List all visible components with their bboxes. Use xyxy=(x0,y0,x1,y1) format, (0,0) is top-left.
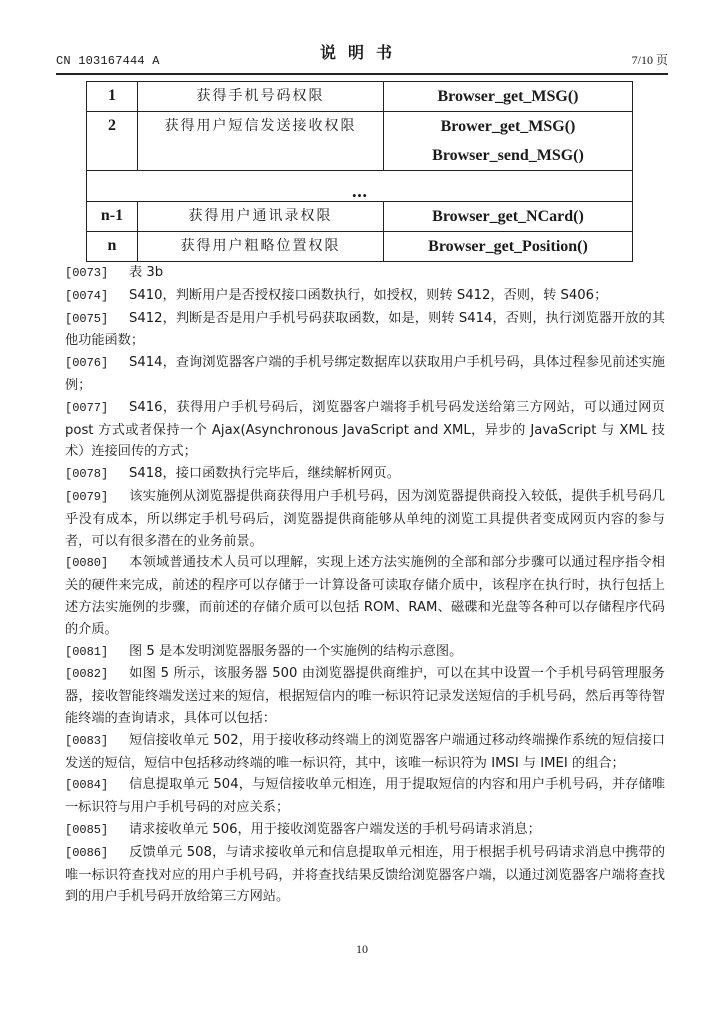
row-number: 2 xyxy=(87,112,138,171)
permission-table: 1 获得手机号码权限 Browser_get_MSG() 2 获得用户短信发送接… xyxy=(86,81,633,262)
table-row: 2 获得用户短信发送接收权限 Brower_get_MSG() Browser_… xyxy=(87,112,633,171)
paragraph-text: 信息提取单元 504，与短信接收单元相连，用于提取短信的内容和用户手机号码，并存… xyxy=(65,777,665,815)
paragraph-number: [0074] xyxy=(65,286,129,308)
api-functions: Browser_get_NCard() xyxy=(384,202,633,232)
page-indicator: 7/10 页 xyxy=(632,51,668,68)
paragraph-text: S412，判断是否是用户手机号码获取函数，如是，则转 S414，否则，执行浏览器… xyxy=(65,311,665,349)
row-number: 1 xyxy=(87,82,138,112)
paragraph: [0077]S416，获得用户手机号码后，浏览器客户端将手机号码发送给第三方网站… xyxy=(65,397,665,463)
api-functions: Browser_get_MSG() xyxy=(384,82,633,112)
paragraph: [0076]S414，查询浏览器客户端的手机号绑定数据库以获取用户手机号码，具体… xyxy=(65,352,665,397)
document-title: 说明书 xyxy=(56,40,668,63)
paragraph-number: [0073] xyxy=(65,263,129,285)
api-function: Browser_send_MSG() xyxy=(384,141,632,170)
paragraph-text: 图 5 是本发明浏览器服务器的一个实施例的结构示意图。 xyxy=(129,644,462,659)
paragraph: [0086]反馈单元 508，与请求接收单元和信息提取单元相连，用于根据手机号码… xyxy=(65,842,665,908)
paragraph-number: [0084] xyxy=(65,775,129,797)
api-function: Brower_get_MSG() xyxy=(384,112,632,141)
paragraph-text: 短信接收单元 502，用于接收移动终端上的浏览器客户端通过移动终端操作系统的短信… xyxy=(65,733,665,771)
permission-description: 获得用户粗略位置权限 xyxy=(138,232,384,262)
paragraph-number: [0082] xyxy=(65,664,129,686)
paragraph: [0078]S418，接口函数执行完毕后，继续解析网页。 xyxy=(65,463,665,486)
paragraph-number: [0076] xyxy=(65,353,129,375)
paragraph-text: 请求接收单元 506，用于接收浏览器客户端发送的手机号码请求消息； xyxy=(129,822,541,837)
paragraph: [0075]S412，判断是否是用户手机号码获取函数，如是，则转 S414，否则… xyxy=(65,308,665,353)
page-header: CN 103167444 A 说明书 7/10 页 xyxy=(56,38,668,72)
table-row-ellipsis: … xyxy=(87,171,633,202)
api-function: Browser_get_MSG() xyxy=(384,82,632,111)
api-functions: Brower_get_MSG() Browser_send_MSG() xyxy=(384,112,633,171)
paragraph: [0082]如图 5 所示，该服务器 500 由浏览器提供商维护，可以在其中设置… xyxy=(65,663,665,729)
row-number: n-1 xyxy=(87,202,138,232)
paragraph-number: [0080] xyxy=(65,553,129,575)
row-number: n xyxy=(87,232,138,262)
permission-description: 获得用户通讯录权限 xyxy=(138,202,384,232)
paragraph-text: S418，接口函数执行完毕后，继续解析网页。 xyxy=(129,466,400,481)
paragraph-text: 该实施例从浏览器提供商获得用户手机号码，因为浏览器提供商投入较低，提供手机号码几… xyxy=(65,489,665,549)
permission-description: 获得用户短信发送接收权限 xyxy=(138,112,384,171)
api-function: Browser_get_NCard() xyxy=(384,202,632,231)
paragraph-number: [0077] xyxy=(65,398,129,420)
table-row: n 获得用户粗略位置权限 Browser_get_Position() xyxy=(87,232,633,262)
ellipsis: … xyxy=(87,171,633,202)
table-row: n-1 获得用户通讯录权限 Browser_get_NCard() xyxy=(87,202,633,232)
paragraph: [0084]信息提取单元 504，与短信接收单元相连，用于提取短信的内容和用户手… xyxy=(65,774,665,819)
page-number: 10 xyxy=(0,942,724,957)
header-divider xyxy=(56,73,668,75)
paragraph: [0081]图 5 是本发明浏览器服务器的一个实施例的结构示意图。 xyxy=(65,641,665,664)
permission-description: 获得手机号码权限 xyxy=(138,82,384,112)
api-functions: Browser_get_Position() xyxy=(384,232,633,262)
paragraph: [0074]S410，判断用户是否授权接口函数执行，如授权，则转 S412，否则… xyxy=(65,285,665,308)
paragraph-text: 反馈单元 508，与请求接收单元和信息提取单元相连，用于根据手机号码请求消息中携… xyxy=(65,845,665,905)
paragraph: [0085]请求接收单元 506，用于接收浏览器客户端发送的手机号码请求消息； xyxy=(65,819,665,842)
description-body: [0073]表 3b [0074]S410，判断用户是否授权接口函数执行，如授权… xyxy=(65,262,665,908)
paragraph-text: S416，获得用户手机号码后，浏览器客户端将手机号码发送给第三方网站，可以通过网… xyxy=(65,400,665,460)
paragraph: [0080]本领域普通技术人员可以理解，实现上述方法实施例的全部和部分步骤可以通… xyxy=(65,552,665,640)
paragraph-text: S410，判断用户是否授权接口函数执行，如授权，则转 S412，否则，转 S40… xyxy=(129,288,607,303)
paragraph-text: 本领域普通技术人员可以理解，实现上述方法实施例的全部和部分步骤可以通过程序指令相… xyxy=(65,555,665,636)
table-row: 1 获得手机号码权限 Browser_get_MSG() xyxy=(87,82,633,112)
paragraph: [0079]该实施例从浏览器提供商获得用户手机号码，因为浏览器提供商投入较低，提… xyxy=(65,486,665,552)
api-function: Browser_get_Position() xyxy=(384,232,632,261)
paragraph: [0083]短信接收单元 502，用于接收移动终端上的浏览器客户端通过移动终端操… xyxy=(65,730,665,775)
paragraph-number: [0078] xyxy=(65,464,129,486)
paragraph-number: [0085] xyxy=(65,820,129,842)
paragraph-text: S414，查询浏览器客户端的手机号绑定数据库以获取用户手机号码，具体过程参见前述… xyxy=(65,355,665,393)
paragraph-number: [0081] xyxy=(65,642,129,664)
paragraph-text: 表 3b xyxy=(129,265,163,280)
paragraph: [0073]表 3b xyxy=(65,262,665,285)
paragraph-text: 如图 5 所示，该服务器 500 由浏览器提供商维护，可以在其中设置一个手机号码… xyxy=(65,666,665,726)
paragraph-number: [0079] xyxy=(65,487,129,509)
paragraph-number: [0075] xyxy=(65,309,129,331)
paragraph-number: [0083] xyxy=(65,731,129,753)
paragraph-number: [0086] xyxy=(65,843,129,865)
